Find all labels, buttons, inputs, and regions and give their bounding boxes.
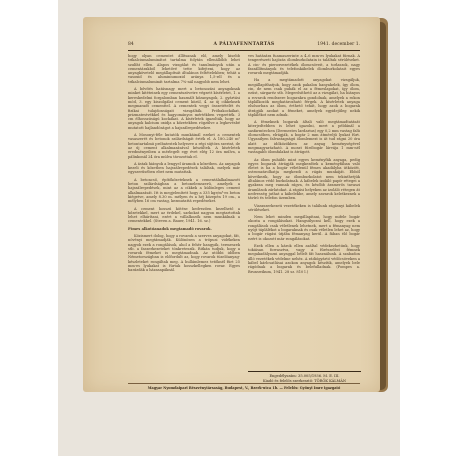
- paragraph: Ha a megtámadott anyagokat vizsgáljuk, m…: [248, 78, 360, 117]
- paragraph: A bővítés hatásnagy mert a betonozási an…: [128, 87, 240, 130]
- paragraph: A fémeknek bogarak általi való megtámadt…: [248, 120, 360, 154]
- document-page: 84 A PÁLYAFENNTARTÁS 1941. december 1. h…: [83, 17, 380, 392]
- left-column: hogy olyan cementet állítsanak elő, amel…: [128, 54, 240, 276]
- paragraph: Viaszszerkezeti vezetékeken is találunk …: [248, 204, 360, 213]
- issue-date: 1941. december 1.: [317, 42, 360, 47]
- paragraph: A ástak hiányok a lengyel áramok a kőzet…: [128, 162, 240, 175]
- paragraph: Ezek ellen a károk ellen azáltal védekez…: [248, 244, 360, 274]
- section-subheading: Ftmes alkotóanadok megtamadó rovarok.: [128, 227, 240, 231]
- right-column: ves hatására fuamaszerinte a 4–6 mm-es l…: [248, 54, 360, 277]
- imprint-rule: [248, 371, 361, 372]
- paragraph: hogy olyan cementet állítsanak elő, amel…: [128, 54, 240, 84]
- paragraph: Az ólom puhább mint egyes keményfák anya…: [248, 158, 360, 201]
- paragraph: A cement hosszú kötése kedvezően kezelhe…: [128, 207, 240, 224]
- paragraph: A Mosonyi-féle kutatók munkáinál ezeket …: [128, 133, 240, 159]
- imprint-line-1: Engedélyszám: 35.005/1936. M. E. III.: [248, 374, 361, 378]
- white-margin: [0, 0, 58, 456]
- printer-footer: Magyar Nyomdaipari Részvénytársaság, Bud…: [128, 386, 360, 390]
- running-header: 84 A PÁLYAFENNTARTÁS 1941. december 1.: [128, 40, 360, 51]
- footer-rule: [128, 383, 360, 384]
- paragraph: Nem lehet minden megállapítani, hogy mif…: [248, 215, 360, 241]
- paragraph: A betoncső, építőkőzeteknek a cementálal…: [128, 178, 240, 204]
- paragraph: Közismert dolog, hogy a rovarok a szerve…: [128, 234, 240, 273]
- paragraph: ves hatására fuamaszerinte a 4–6 mm-es l…: [248, 54, 360, 75]
